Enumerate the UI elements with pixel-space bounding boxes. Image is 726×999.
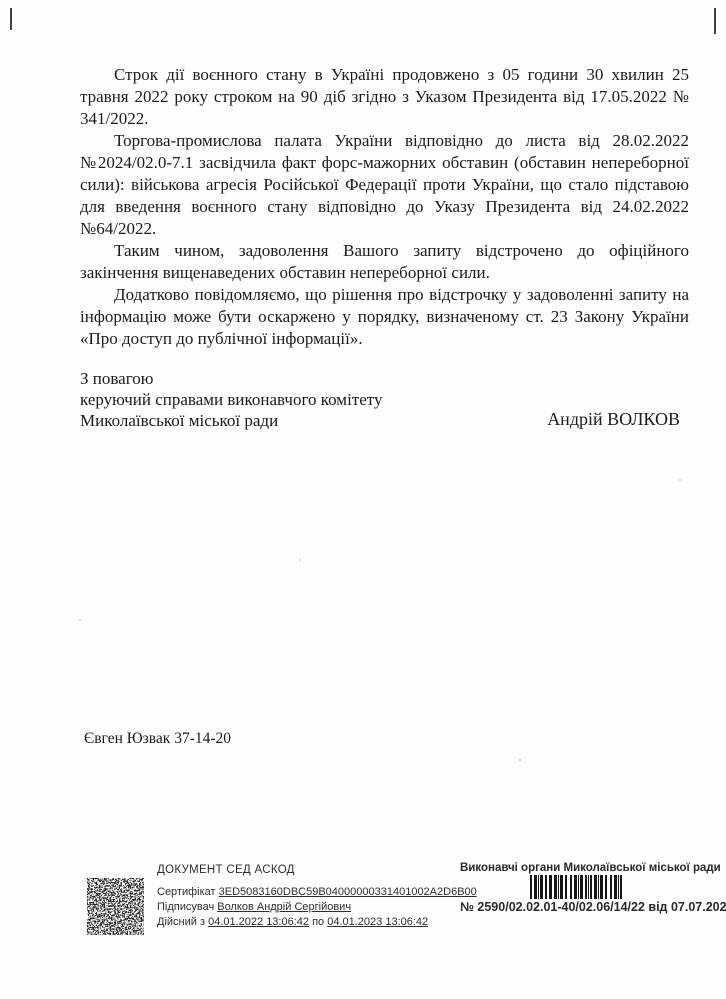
barcode-icon: [530, 875, 622, 899]
letter-body: Строк дії воєнного стану в Україні продо…: [80, 64, 689, 350]
stamp-validity-label: Дійсний з: [157, 916, 205, 928]
scanned-letter-page: Строк дії воєнного стану в Україні продо…: [0, 0, 726, 999]
stamp-validity-line: Дійсний з 04.01.2022 13:06:42 по 04.01.2…: [157, 915, 487, 930]
paragraph-chamber-of-commerce: Торгова-промислова палата України відпов…: [80, 130, 689, 240]
registration-number: № 2590/02.02.01-40/02.06/14/22 від 07.07…: [460, 900, 692, 914]
registration-stamp: Виконавчі органи Миколаївської міської р…: [460, 862, 692, 914]
stamp-signer-line: Підписувач Волков Андрій Сергійович: [157, 900, 487, 915]
stamp-certificate-value: 3ED5083160DBC59B04000000331401002A2D6B00: [219, 886, 477, 898]
stamp-certificate-label: Сертифікат: [157, 886, 216, 898]
paragraph-postponement: Таким чином, задоволення Вашого запиту в…: [80, 240, 689, 284]
stamp-system-title: ДОКУМЕНТ СЕД АСКОД: [157, 864, 487, 876]
signature-salutation: З повагою: [80, 368, 680, 389]
stamp-signer-label: Підписувач: [157, 901, 214, 913]
signer-name: Андрій ВОЛКОВ: [547, 409, 680, 430]
stamp-signer-value: Волков Андрій Сергійович: [217, 901, 351, 913]
scan-artifact-tick: [714, 8, 716, 34]
paragraph-martial-law: Строк дії воєнного стану в Україні продо…: [80, 64, 689, 130]
signature-position-line1: керуючий справами виконавчого комітету: [80, 389, 680, 410]
paragraph-appeal-right: Додатково повідомляємо, що рішення про в…: [80, 284, 689, 350]
registration-org: Виконавчі органи Миколаївської міської р…: [460, 862, 692, 874]
scan-artifact-tick: [10, 8, 12, 30]
stamp-text: ДОКУМЕНТ СЕД АСКОД Сертифікат 3ED5083160…: [157, 864, 487, 930]
executor-contact: Євген Юзвак 37-14-20: [84, 730, 231, 748]
stamp-certificate-line: Сертифікат 3ED5083160DBC59B0400000033140…: [157, 885, 487, 900]
signature-block: З повагою керуючий справами виконавчого …: [80, 368, 680, 431]
stamp-valid-from: 04.01.2022 13:06:42: [208, 916, 309, 928]
qr-code-icon: [87, 878, 144, 935]
stamp-valid-to-label: по: [312, 916, 324, 928]
stamp-valid-to: 04.01.2023 13:06:42: [327, 916, 428, 928]
